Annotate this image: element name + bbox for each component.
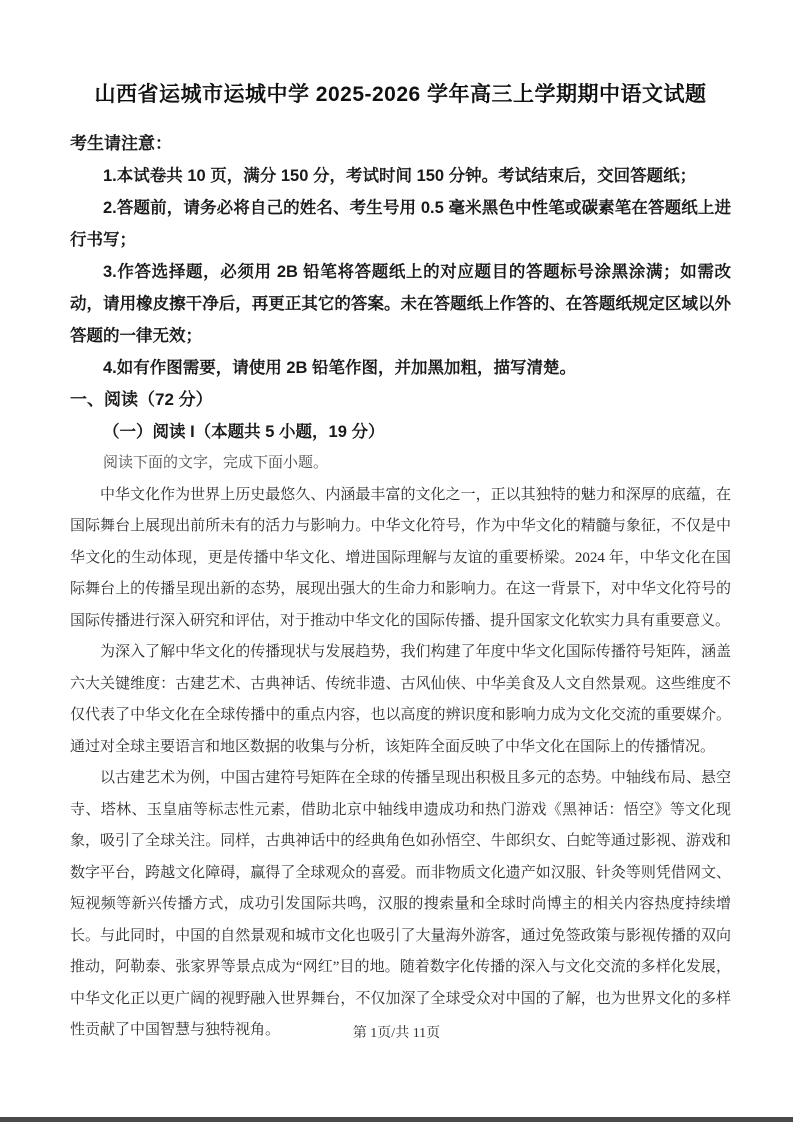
reading-instruction: 阅读下面的文字，完成下面小题。 (70, 448, 731, 480)
window-bottom-edge (0, 1117, 793, 1122)
notice-heading: 考生请注意： (70, 128, 731, 160)
notice-item-2: 2.答题前，请务必将自己的姓名、考生号用 0.5 毫米黑色中性笔或碳素笔在答题纸… (70, 192, 731, 256)
notice-item-1: 1.本试卷共 10 页，满分 150 分，考试时间 150 分钟。考试结束后，交… (70, 160, 731, 192)
page-footer: 第 1页/共 11页 (0, 1022, 793, 1042)
passage-paragraph-3: 以古建艺术为例，中国古建符号矩阵在全球的传播呈现出积极且多元的态势。中轴线布局、… (70, 763, 731, 1047)
passage-paragraph-1: 中华文化作为世界上历史最悠久、内涵最丰富的文化之一，正以其独特的魅力和深厚的底蕴… (70, 480, 731, 638)
passage-paragraph-2: 为深入了解中华文化的传播现状与发展趋势，我们构建了年度中华文化国际传播符号矩阵，… (70, 637, 731, 763)
notice-item-4: 4.如有作图需要，请使用 2B 铅笔作图，并加黑加粗，描写清楚。 (70, 352, 731, 384)
section-heading-reading: 一、阅读（72 分） (70, 384, 731, 416)
subsection-heading-reading-1: （一）阅读 I（本题共 5 小题，19 分） (70, 416, 731, 448)
document-page: 山西省运城市运城中学 2025-2026 学年高三上学期期中语文试题 考生请注意… (0, 0, 793, 1122)
notice-item-3: 3.作答选择题，必须用 2B 铅笔将答题纸上的对应题目的答题标号涂黑涂满；如需改… (70, 256, 731, 352)
page-title: 山西省运城市运城中学 2025-2026 学年高三上学期期中语文试题 (70, 80, 731, 110)
document-content: 山西省运城市运城中学 2025-2026 学年高三上学期期中语文试题 考生请注意… (70, 80, 731, 1047)
